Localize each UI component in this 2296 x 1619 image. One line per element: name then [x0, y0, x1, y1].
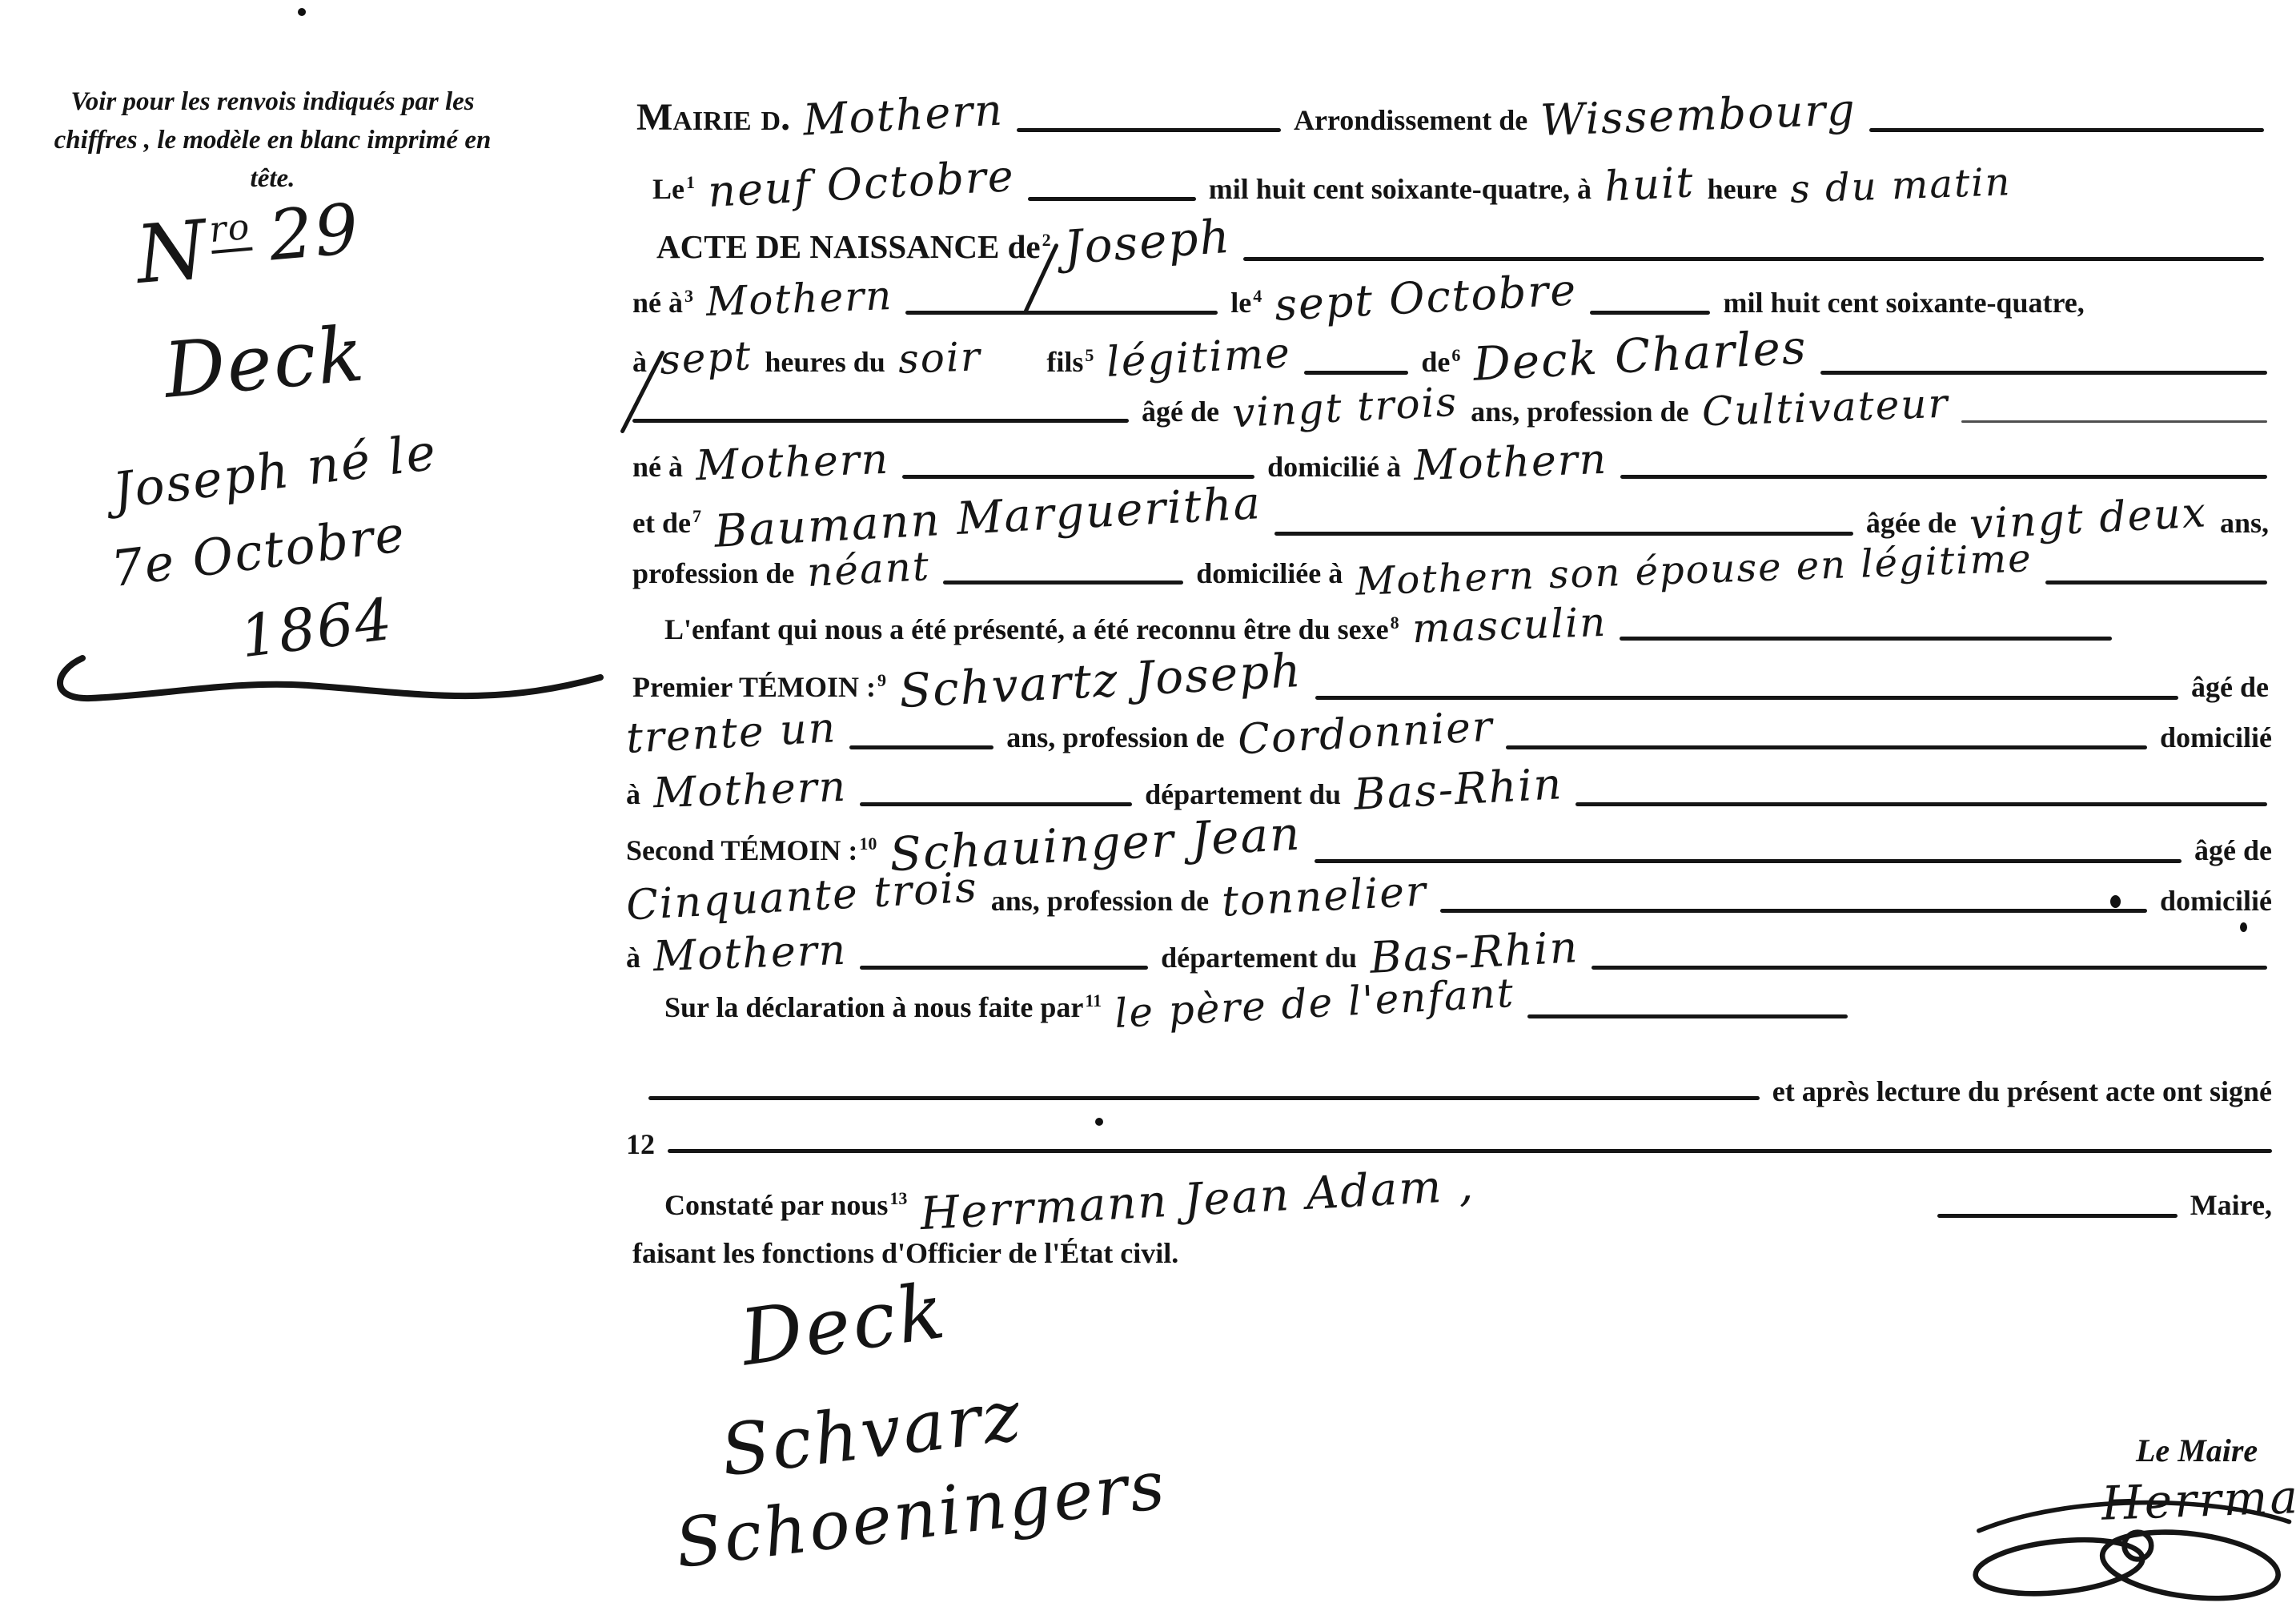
et-de-label: et de7	[632, 506, 701, 540]
line-witness1-department: à Mothern département du Bas-Rhin	[626, 764, 2267, 814]
mairie-label: Mairie d.	[636, 95, 790, 139]
line-officer: Constaté par nous13 Herrmann Jean Adam ,…	[664, 1174, 2272, 1226]
footnote-3: 3	[684, 286, 693, 306]
line-father-residence: né à Mothern domicilié à Mothern	[632, 439, 2267, 487]
line-mairie: Mairie d. Mothern Arrondissement de Wiss…	[636, 90, 2264, 140]
registry-number-sup: ro	[207, 207, 252, 254]
filiation-value: légitime	[1106, 329, 1293, 387]
declaration-label: Sur la déclaration à nous faite par11	[664, 990, 1102, 1024]
witness2-place-value: Mothern	[652, 926, 848, 981]
child-name-value: Joseph	[1062, 209, 1232, 275]
fonctions-label: faisant les fonctions d'Officier de l'Ét…	[632, 1236, 1178, 1270]
fill-rule	[860, 966, 1148, 970]
witness1-place-value: Mothern	[652, 763, 848, 818]
father-prof-label: ans, profession de	[1471, 395, 1688, 428]
fill-rule	[1274, 532, 1853, 536]
father-prof-value: Cultivateur	[1701, 380, 1949, 436]
ink-speck	[2240, 922, 2247, 932]
registry-flourish	[44, 647, 612, 723]
mother-residence-value: Mothern son épouse en légitime	[1355, 536, 2033, 604]
acte-label: ACTE DE NAISSANCE de2	[656, 227, 1051, 266]
fill-rule	[905, 311, 1218, 315]
signature-deck: Deck	[735, 1266, 952, 1384]
heures-du-label: heures du	[765, 345, 885, 379]
witness1-age-label: âgé de	[2191, 670, 2269, 704]
witness1-dom-label: domicilié	[2160, 721, 2272, 754]
father-ne-a-label: né à	[632, 450, 683, 484]
year-prefix-label: mil huit cent soixante-quatre, à	[1209, 172, 1592, 206]
footnote-7: 7	[692, 506, 701, 526]
mother-age-label: âgée de	[1866, 506, 1957, 540]
le-label: Le1	[652, 172, 695, 206]
de-label: de6	[1421, 345, 1460, 379]
birthplace-value: Mothern	[705, 272, 893, 325]
fill-rule	[1315, 859, 2182, 863]
fill-rule	[1315, 696, 2178, 700]
father-name-value: Deck Charles	[1472, 319, 1809, 392]
registry-number: Nro29	[132, 189, 364, 302]
fill-rule	[1620, 637, 2112, 641]
fill-rule	[1304, 371, 1408, 375]
footnote-2: 2	[1042, 230, 1051, 250]
birth-year-label: mil huit cent soixante-quatre,	[1723, 286, 2084, 319]
line-child-sex: L'enfant qui nous a été présenté, a été …	[664, 602, 2112, 649]
fill-rule	[1592, 966, 2267, 970]
witness1-a-label: à	[626, 777, 640, 811]
maire-label: Maire,	[2190, 1188, 2272, 1222]
fill-rule	[1820, 371, 2267, 375]
line-acte-title: ACTE DE NAISSANCE de2 Joseph	[656, 215, 2264, 269]
birth-hour-value: sept	[659, 332, 753, 384]
fill-rule	[943, 581, 1183, 585]
fill-rule	[1506, 745, 2147, 749]
witness1-prof-value: Cordonnier	[1236, 703, 1494, 765]
fill-rule	[1527, 1014, 1848, 1018]
heure-suffix-value: s du matin	[1789, 159, 2012, 212]
line-witness1-profession: trente un ans, profession de Cordonnier …	[626, 709, 2272, 757]
mother-dom-label: domiciliée à	[1196, 556, 1343, 590]
mayor-title: Le Maire	[2136, 1432, 2258, 1469]
a-label: à	[632, 345, 647, 379]
witness2-label: Second TÉMOIN :10	[626, 834, 877, 867]
ink-speck	[1095, 1118, 1103, 1126]
arrondissement-value: Wissembourg	[1539, 84, 1857, 146]
father-age-label: âgé de	[1142, 395, 1219, 428]
fill-rule	[1620, 475, 2267, 479]
heure-label: heure	[1708, 172, 1777, 206]
line-hour-filiation: à sept heures du soir fils5 légitime de6…	[632, 328, 2267, 383]
line-fonctions: faisant les fonctions d'Officier de l'Ét…	[632, 1236, 1178, 1270]
registry-number-n: N	[132, 203, 211, 302]
witness1-age-value: trente un	[625, 704, 838, 763]
fill-rule	[849, 745, 993, 749]
declarant-value: le père de l'enfant	[1114, 970, 1515, 1037]
registry-number-value: 29	[266, 189, 363, 277]
ink-speck	[298, 8, 306, 16]
fill-rule	[1028, 197, 1196, 201]
witness2-age-label: âgé de	[2194, 834, 2272, 867]
footnote-6: 6	[1451, 345, 1460, 365]
witness1-name-value: Schvartz Joseph	[898, 643, 1304, 718]
footnote-5: 5	[1085, 345, 1094, 365]
margin-note-line1: Voir pour les renvois indiqués par les	[46, 83, 499, 122]
fill-rule	[648, 1096, 1760, 1100]
line-father-age-profession: âgé de vingt trois ans, profession de Cu…	[632, 384, 2267, 431]
fill-rule	[1937, 1214, 2178, 1218]
fill-rule	[1243, 257, 2264, 261]
ne-a-label: né à3	[632, 286, 693, 319]
line-declaration: Sur la déclaration à nous faite par11 le…	[664, 980, 1848, 1026]
line-witness2-name: Second TÉMOIN :10 Schauinger Jean âgé de	[626, 817, 2272, 871]
birth-period-value: soir	[897, 333, 982, 383]
father-age-value: vingt trois	[1231, 379, 1459, 437]
witness2-dept-label: département du	[1161, 941, 1357, 974]
mayor-signature-flourish	[1965, 1488, 2295, 1616]
sexe-value: masculin	[1411, 599, 1608, 652]
witness2-age-value: Cinquante trois	[625, 864, 979, 930]
witness1-dept-label: département du	[1145, 777, 1341, 811]
footnote-4: 4	[1253, 286, 1262, 306]
line-witness1-name: Premier TÉMOIN :9 Schvartz Joseph âgé de	[632, 653, 2269, 708]
footnote-11: 11	[1085, 990, 1102, 1010]
line-birthplace-date: né à3 Mothern le4 sept Octobre mil huit …	[632, 272, 2267, 323]
mother-ans-label: ans,	[2220, 506, 2269, 540]
mother-prof-value: néant	[806, 543, 932, 596]
witness1-label: Premier TÉMOIN :9	[632, 670, 886, 704]
fill-rule	[668, 1149, 2272, 1153]
sexe-label: L'enfant qui nous a été présenté, a été …	[664, 613, 1399, 646]
fill-rule	[2045, 581, 2267, 585]
fill-rule	[632, 419, 1129, 423]
line-date: Le1 neuf Octobre mil huit cent soixante-…	[652, 159, 2176, 209]
officer-name-value: Herrmann Jean Adam ,	[919, 1159, 1476, 1240]
footnote-9: 9	[877, 670, 886, 690]
fill-rule	[1017, 128, 1281, 132]
registry-surname: Deck	[161, 310, 369, 415]
footnote-10: 10	[859, 834, 877, 854]
birth-certificate-page: Voir pour les renvois indiqués par les c…	[0, 0, 2296, 1619]
margin-note: Voir pour les renvois indiqués par les c…	[46, 83, 499, 199]
acte-date-value: neuf Octobre	[707, 151, 1017, 217]
lecture-label: et après lecture du présent acte ont sig…	[1772, 1075, 2272, 1108]
registry-born-line2: 7e Octobre	[108, 504, 409, 599]
witness1-prof-label: ans, profession de	[1006, 721, 1224, 754]
margin-note-line2: chiffres , le modèle en blanc imprimé en…	[46, 122, 499, 199]
mother-prof-label: profession de	[632, 556, 794, 590]
item12-label: 12	[626, 1127, 655, 1161]
witness2-prof-value: tonnelier	[1221, 867, 1429, 926]
le-birth-label: le4	[1230, 286, 1262, 319]
fill-rule	[902, 475, 1254, 479]
fils-label: fils5	[1046, 345, 1094, 379]
footnote-8: 8	[1391, 613, 1399, 633]
witness2-prof-label: ans, profession de	[991, 884, 1209, 918]
witness1-dept-value: Bas-Rhin	[1353, 758, 1564, 820]
father-residence-value: Mothern	[1413, 436, 1608, 490]
line-mother-residence: profession de néant domiciliée à Mothern…	[632, 546, 2267, 593]
arrondissement-label: Arrondissement de	[1294, 103, 1527, 137]
father-birthplace-value: Mothern	[695, 436, 890, 490]
father-dom-label: domicilié à	[1267, 450, 1401, 484]
mairie-value: Mothern	[802, 84, 1006, 145]
fill-rule	[1961, 420, 2267, 423]
line-witness2-profession: Cinquante trois ans, profession de tonne…	[626, 873, 2272, 921]
ink-speck	[2110, 895, 2121, 908]
fill-rule	[860, 802, 1132, 806]
footnote-1: 1	[686, 172, 695, 192]
witness2-a-label: à	[626, 941, 640, 974]
line-lecture: et après lecture du présent acte ont sig…	[648, 1075, 2272, 1108]
line-witness2-department: à Mothern département du Bas-Rhin	[626, 927, 2267, 978]
witness2-dom-label: domicilié	[2160, 884, 2272, 918]
line-item12: 12	[626, 1127, 2272, 1161]
fill-rule	[1869, 128, 2264, 132]
birthdate-value: sept Octobre	[1274, 264, 1579, 331]
fill-rule	[1575, 802, 2267, 806]
fill-rule	[1440, 909, 2147, 913]
fill-rule	[1590, 311, 1710, 315]
constate-label: Constaté par nous13	[664, 1188, 907, 1222]
acte-hour-value: huit	[1604, 159, 1696, 211]
footnote-13: 13	[889, 1188, 907, 1208]
